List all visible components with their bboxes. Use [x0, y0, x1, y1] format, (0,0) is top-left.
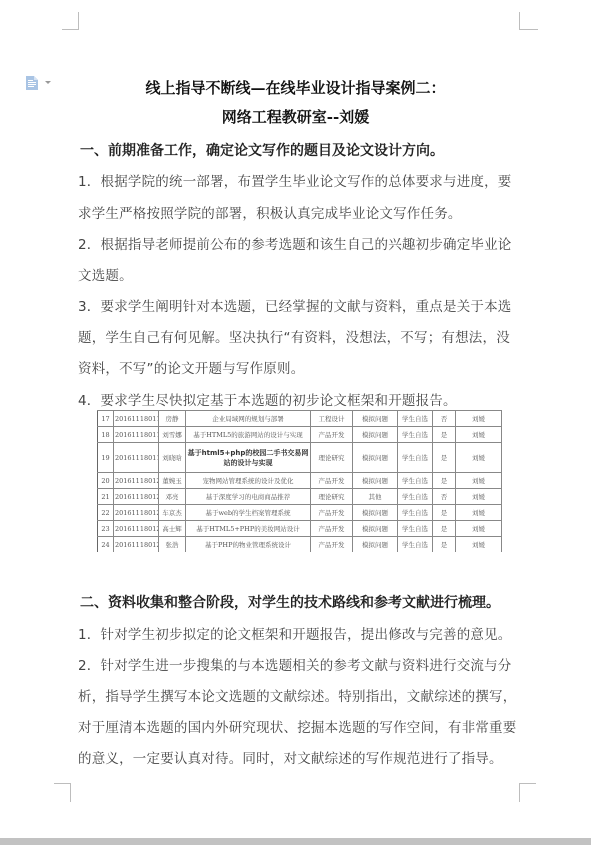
paragraph-line: 求学生严格按照学院的部署，积极认真完成毕业论文写作任务。 [78, 202, 462, 222]
cell-id: 201611180121 [114, 489, 159, 505]
cell-name: 邓亮 [159, 489, 186, 505]
cell-flag: 否 [433, 411, 456, 427]
cell-title: 基于HTML5的旅游网站的设计与实现 [186, 427, 311, 443]
cell-id: 201611180124 [114, 537, 159, 553]
cell-name: 董婉玉 [159, 473, 186, 489]
cell-id: 201611180117 [114, 411, 159, 427]
cell-title: 基于html5+php的校园二手书交易网站的设计与实现 [186, 443, 311, 473]
cell-flag: 是 [433, 521, 456, 537]
table-row: 24 201611180124 张浩 基于PHP的物业管理系统设计 产品开发 模… [98, 537, 502, 553]
paragraph-line: 题，学生自己有何见解。坚决执行“有资料，没想法，不写；有想法，没 [78, 326, 510, 346]
cell-source: 模拟问题 [353, 473, 398, 489]
paragraph-line: 资料，不写”的论文开题与写作原则。 [78, 357, 304, 377]
cell-name: 车京杰 [159, 505, 186, 521]
table-row: 20 201611180120 董婉玉 宠物网站管理系统的设计及优化 产品开发 … [98, 473, 502, 489]
cell-id: 201611180123 [114, 521, 159, 537]
page-corner-top-right [519, 12, 538, 30]
cell-choice: 学生自选 [398, 489, 433, 505]
cell-teacher: 刘媛 [456, 443, 502, 473]
cell-id: 201611180119 [114, 443, 159, 473]
cell-type: 理论研究 [311, 443, 353, 473]
cell-no: 24 [98, 537, 114, 553]
cell-id: 201611180120 [114, 473, 159, 489]
table-row: 17 201611180117 房静 企业局域网的规划与部署 工程设计 模拟问题… [98, 411, 502, 427]
cell-title: 基于HTML5+PHP的美妆网站设计 [186, 521, 311, 537]
cell-choice: 学生自选 [398, 473, 433, 489]
cell-choice: 学生自选 [398, 427, 433, 443]
cell-source: 模拟问题 [353, 411, 398, 427]
cell-flag: 是 [433, 473, 456, 489]
paragraph-line: 2．针对学生进一步搜集的与本选题相关的参考文献与资料进行交流与分 [78, 654, 512, 674]
cell-flag: 是 [433, 537, 456, 553]
cell-type: 产品开发 [311, 537, 353, 553]
cell-no: 20 [98, 473, 114, 489]
cell-type: 工程设计 [311, 411, 353, 427]
cell-teacher: 刘媛 [456, 537, 502, 553]
cell-no: 23 [98, 521, 114, 537]
cell-choice: 学生自选 [398, 537, 433, 553]
cell-choice: 学生自选 [398, 411, 433, 427]
cell-type: 理论研究 [311, 489, 353, 505]
paragraph-line: 文选题。 [78, 264, 133, 284]
cell-choice: 学生自选 [398, 505, 433, 521]
cell-no: 19 [98, 443, 114, 473]
page-corner-bottom-right [519, 783, 536, 802]
paragraph-line: 1．针对学生初步拟定的论文框架和开题报告，提出修改与完善的意见。 [78, 623, 512, 643]
cell-source: 模拟问题 [353, 427, 398, 443]
cell-no: 22 [98, 505, 114, 521]
table-row: 19 201611180119 刘晓晗 基于html5+php的校园二手书交易网… [98, 443, 502, 473]
cell-title: 基于PHP的物业管理系统设计 [186, 537, 311, 553]
cell-type: 产品开发 [311, 473, 353, 489]
page-gap-bar [0, 838, 591, 845]
paragraph-line: 对于厘清本选题的国内外研究现状、挖掘本选题的写作空间，有非常重要 [78, 716, 516, 736]
table-row: 21 201611180121 邓亮 基于深度学习的电商商品推荐 理论研究 其他… [98, 489, 502, 505]
document-subtitle: 网络工程教研室--刘媛 [0, 106, 591, 127]
cell-flag: 是 [433, 427, 456, 443]
cell-flag: 否 [433, 489, 456, 505]
paragraph-line: 3．要求学生阐明针对本选题，已经掌握的文献与资料，重点是关于本选 [78, 295, 512, 315]
cell-title: 企业局域网的规划与部署 [186, 411, 311, 427]
cell-title: 基于web的学生档案管理系统 [186, 505, 311, 521]
cell-teacher: 刘媛 [456, 411, 502, 427]
cell-teacher: 刘媛 [456, 427, 502, 443]
cell-source: 模拟问题 [353, 537, 398, 553]
cell-teacher: 刘媛 [456, 489, 502, 505]
cell-name: 张浩 [159, 537, 186, 553]
section1-heading: 一、前期准备工作，确定论文写作的题目及论文设计方向。 [80, 140, 444, 160]
cell-name: 刘晓晗 [159, 443, 186, 473]
paragraph-line: 2．根据指导老师提前公布的参考选题和该生自己的兴趣初步确定毕业论 [78, 233, 512, 253]
cell-no: 17 [98, 411, 114, 427]
paragraph-line: 的意义，一定要认真对待。同时，对文献综述的写作规范进行了指导。 [78, 747, 503, 767]
cell-flag: 是 [433, 443, 456, 473]
cell-source: 模拟问题 [353, 443, 398, 473]
cell-no: 21 [98, 489, 114, 505]
cell-teacher: 刘媛 [456, 473, 502, 489]
page-corner-top-left [62, 12, 79, 30]
cell-teacher: 刘媛 [456, 505, 502, 521]
table-row: 23 201611180123 高士辉 基于HTML5+PHP的美妆网站设计 产… [98, 521, 502, 537]
cell-name: 高士辉 [159, 521, 186, 537]
cell-name: 房静 [159, 411, 186, 427]
paragraph-line: 4．要求学生尽快拟定基于本选题的初步论文框架和开题报告。 [78, 389, 457, 409]
cell-flag: 是 [433, 505, 456, 521]
cell-teacher: 刘媛 [456, 521, 502, 537]
cell-title: 宠物网站管理系统的设计及优化 [186, 473, 311, 489]
topic-table-image: 17 201611180117 房静 企业局域网的规划与部署 工程设计 模拟问题… [97, 410, 501, 552]
cell-name: 刘雪娜 [159, 427, 186, 443]
paragraph-line: 析，指导学生撰写本论文选题的文献综述。特别指出，文献综述的撰写， [78, 685, 516, 705]
document-title: 线上指导不断线—在线毕业设计指导案例二： [0, 77, 591, 98]
cell-type: 产品开发 [311, 521, 353, 537]
cell-type: 产品开发 [311, 505, 353, 521]
cell-no: 18 [98, 427, 114, 443]
table-row: 22 201611180122 车京杰 基于web的学生档案管理系统 产品开发 … [98, 505, 502, 521]
cell-id: 201611180118 [114, 427, 159, 443]
section2-heading: 二、资料收集和整合阶段，对学生的技术路线和参考文献进行梳理。 [80, 592, 500, 612]
paragraph-line: 1．根据学院的统一部署，布置学生毕业论文写作的总体要求与进度，要 [78, 170, 512, 190]
table-row: 18 201611180118 刘雪娜 基于HTML5的旅游网站的设计与实现 产… [98, 427, 502, 443]
cell-source: 模拟问题 [353, 505, 398, 521]
cell-title: 基于深度学习的电商商品推荐 [186, 489, 311, 505]
cell-source: 其他 [353, 489, 398, 505]
cell-choice: 学生自选 [398, 443, 433, 473]
page-corner-bottom-left [54, 783, 71, 802]
cell-choice: 学生自选 [398, 521, 433, 537]
cell-type: 产品开发 [311, 427, 353, 443]
cell-id: 201611180122 [114, 505, 159, 521]
cell-source: 模拟问题 [353, 521, 398, 537]
topic-table: 17 201611180117 房静 企业局域网的规划与部署 工程设计 模拟问题… [97, 410, 502, 552]
